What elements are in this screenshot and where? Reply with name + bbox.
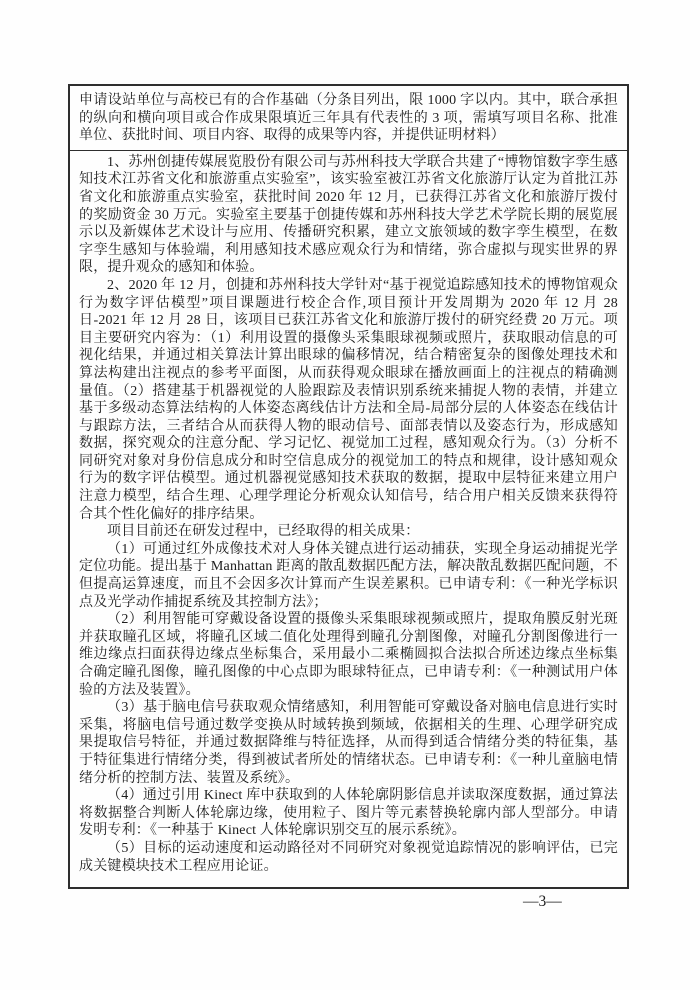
achievement-item-2: （2）利用智能可穿戴设备设置的摄像头采集眼球视频或照片，提取角膜反射光斑并获取瞳…	[79, 611, 618, 699]
cooperation-item-1: 1、苏州创捷传媒展览股份有限公司与苏州科技大学联合共建了“博物馆数字孪生感知技术…	[79, 154, 618, 277]
project-status-line: 项目目前还在研发过程中，已经取得的相关成果：	[79, 523, 618, 541]
cooperation-basis-table: 申请设站单位与高校已有的合作基础（分条目列出，限 1000 字以内。其中，联合承…	[68, 84, 629, 889]
achievement-item-4: （4）通过引用 Kinect 库中获取到的人体轮廓阴影信息并读取深度数据，通过算…	[79, 787, 618, 840]
achievement-item-1: （1）可通过红外成像技术对人身体关键点进行运动捕获，实现全身运动捕捉光学定位功能…	[79, 541, 618, 611]
field-label-cooperation-basis: 申请设站单位与高校已有的合作基础（分条目列出，限 1000 字以内。其中，联合承…	[70, 86, 627, 151]
achievement-item-5: （5）目标的运动速度和运动路径对不同研究对象视觉追踪情况的影响评估，已完成关键模…	[79, 840, 618, 875]
cooperation-item-2: 2、2020 年 12 月，创捷和苏州科技大学针对“基于视觉追踪感知技术的博物馆…	[79, 277, 618, 523]
page-number: —3—	[523, 893, 562, 911]
field-value-cooperation-basis: 1、苏州创捷传媒展览股份有限公司与苏州科技大学联合共建了“博物馆数字孪生感知技术…	[70, 151, 627, 887]
achievement-item-3: （3）基于脑电信号获取观众情绪感知，利用智能可穿戴设备对脑电信息进行实时采集，将…	[79, 699, 618, 787]
document-page: 申请设站单位与高校已有的合作基础（分条目列出，限 1000 字以内。其中，联合承…	[0, 0, 700, 990]
